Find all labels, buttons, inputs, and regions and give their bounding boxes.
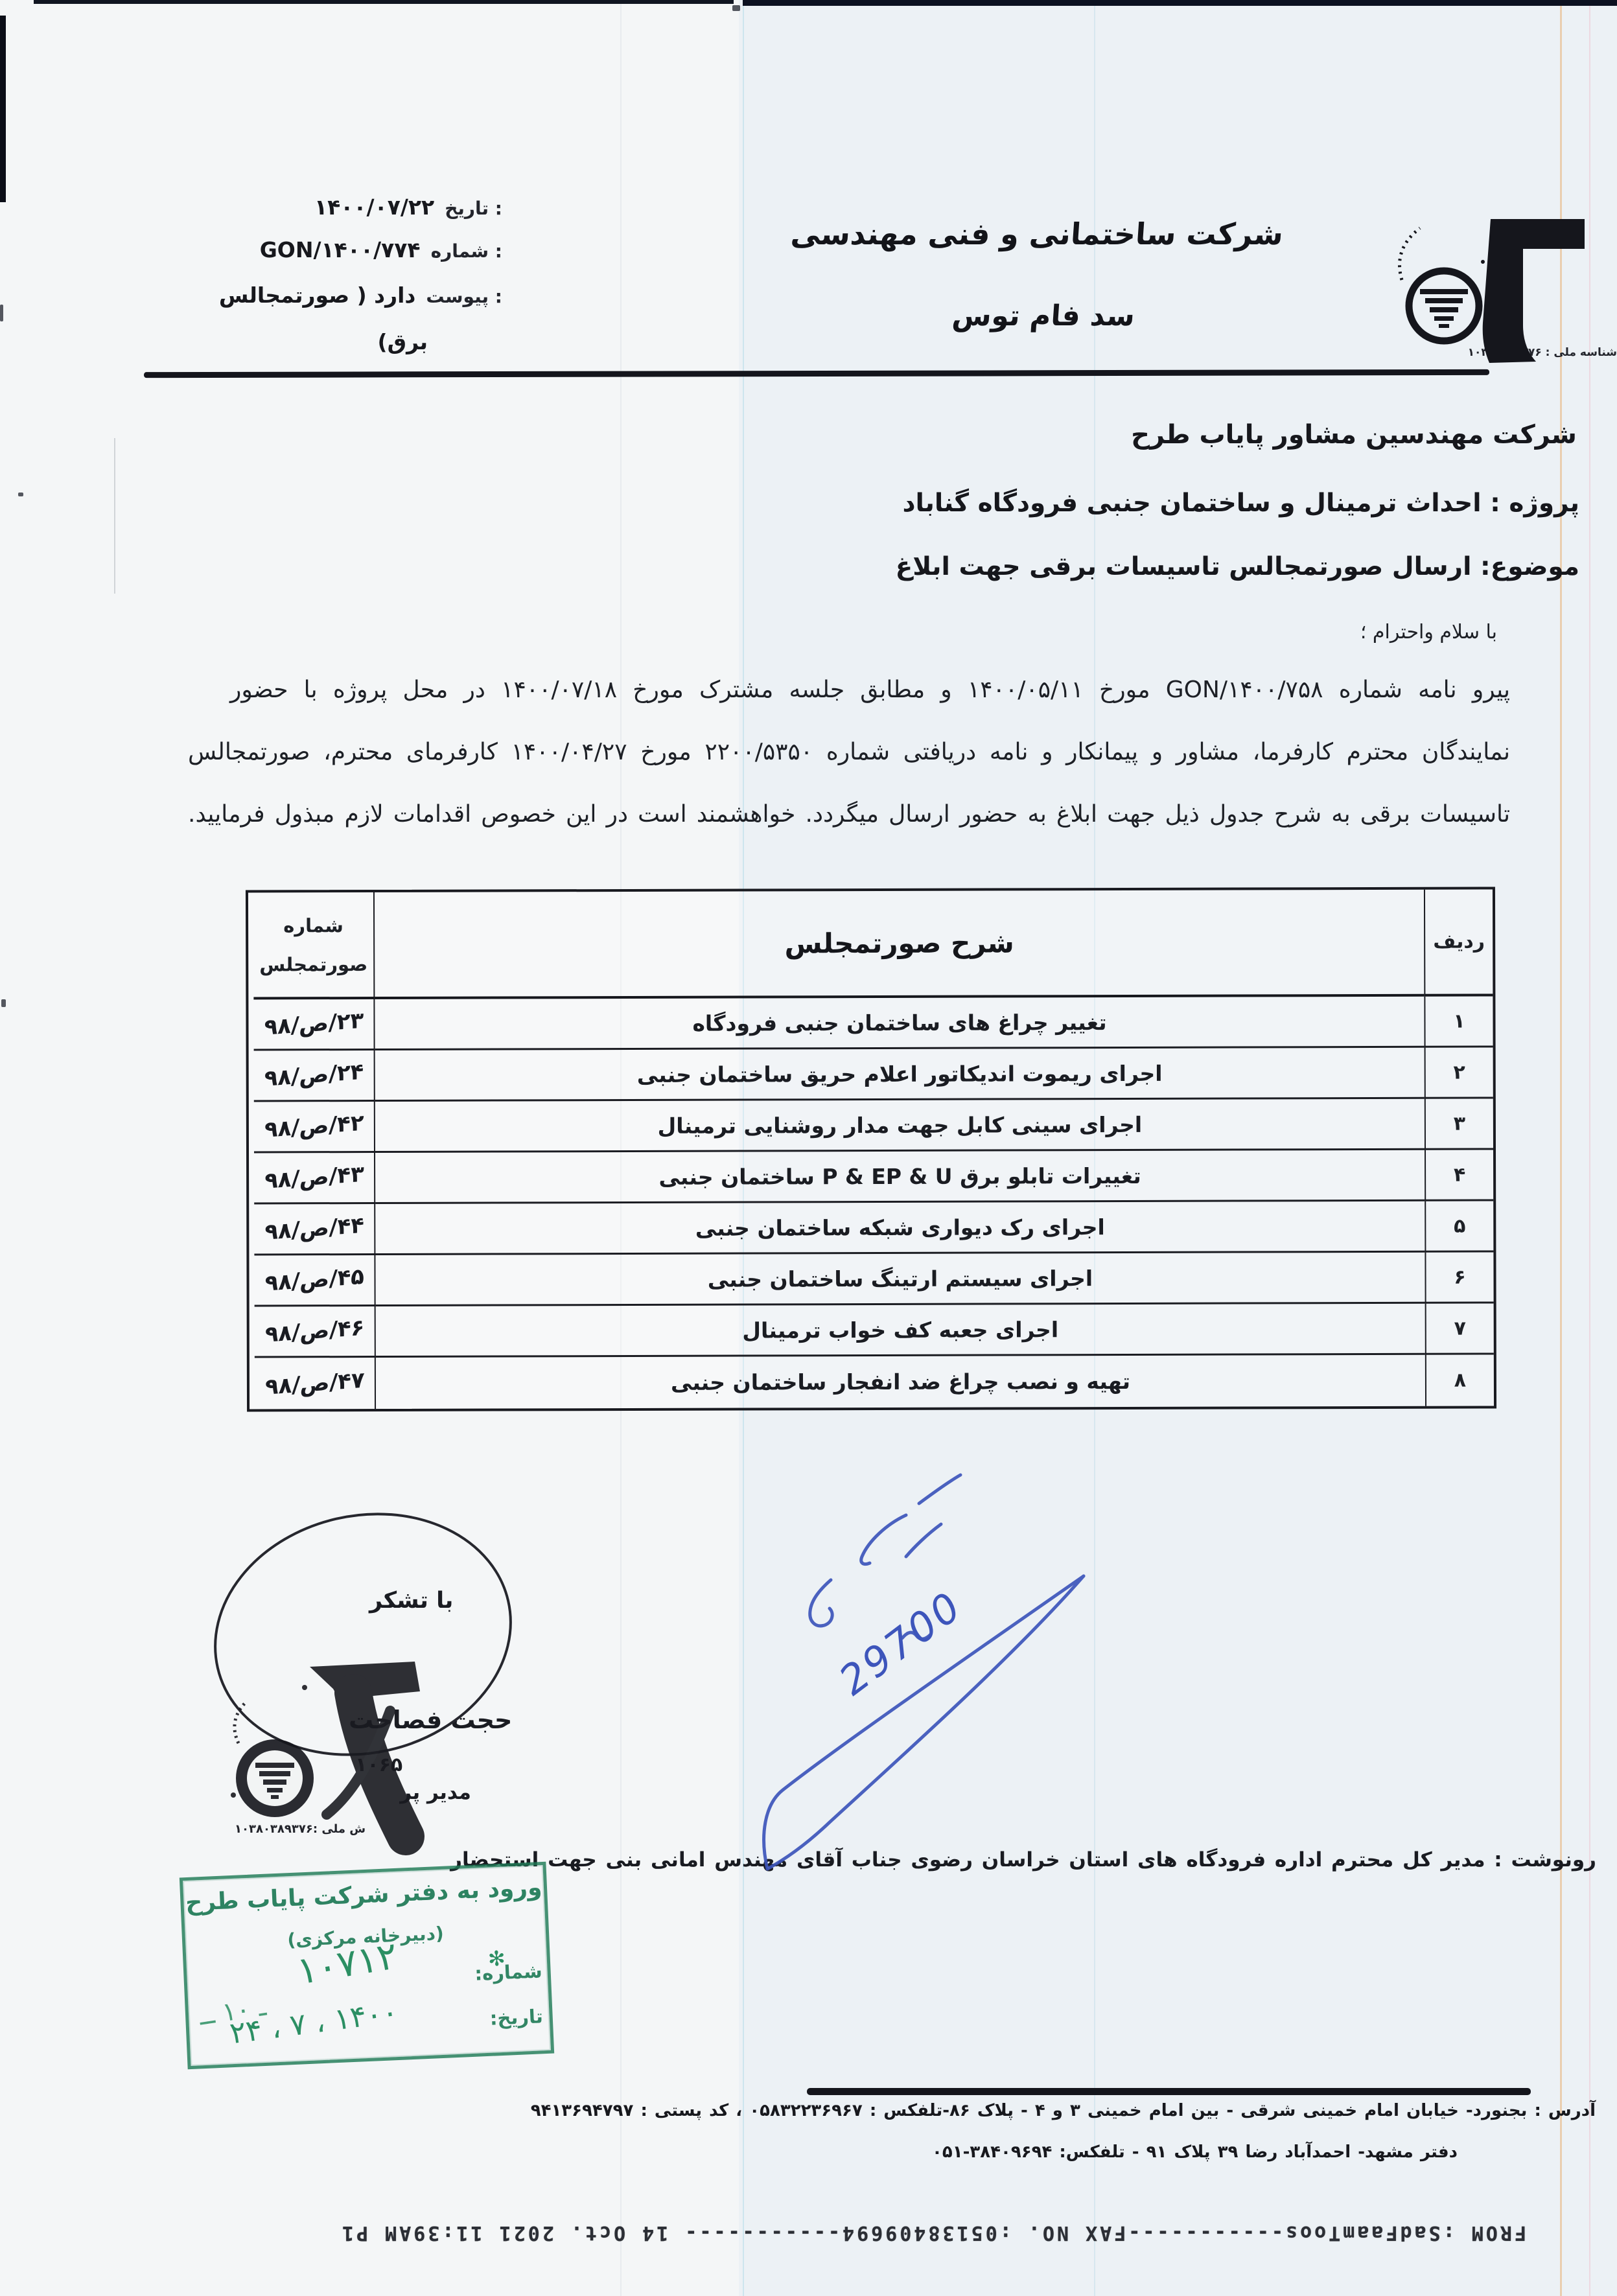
table-row-no: ۶ xyxy=(1425,1252,1493,1303)
scan-line-artifact xyxy=(1589,0,1590,2296)
company-national-id: شناسه ملی : ۱۰۳۸۰۳۸۹۳۷۶ xyxy=(1461,346,1617,359)
minutes-table: ردیف شرح صورتمجلس شماره صورتمجلس ۱ تغییر… xyxy=(246,887,1496,1411)
scanned-fax-letter: تاریخ : ۱۴۰۰/۰۷/۲۲ شماره : GON/۱۴۰۰/۷۷۴ … xyxy=(0,0,1617,2296)
col-header-row-no: ردیف xyxy=(1424,889,1493,996)
body-line-2: نمایندگان محترم کارفرما، مشاور و پیمانکا… xyxy=(188,739,1510,765)
attachment-label: پیوست : xyxy=(426,286,502,307)
recipient-line: شرکت مهندسین مشاور پایاب طرح xyxy=(1131,420,1577,450)
letterhead-divider xyxy=(144,369,1489,378)
col-header-number: شماره صورتمجلس xyxy=(253,892,375,999)
footer-address-2: دفتر مشهد- احمدآباد رضا ۳۹ پلاک ۹۱ - تلف… xyxy=(932,2142,1458,2162)
company-name-line1: شرکت ساختمانی و فنی مهندسی xyxy=(841,216,1285,251)
scan-speck xyxy=(18,493,23,496)
fax-header-line: FROM :SadFaamToos-----------FAX NO. :051… xyxy=(207,2221,1526,2244)
minutes-number: ۲۳/ص/۹۸ xyxy=(264,1008,364,1041)
body-line-1: پیرو نامه شماره ‪GON/۱۴۰۰/۷۵۸‬ مورخ ۱۴۰۰… xyxy=(230,677,1510,703)
subject-line: موضوع: ارسال صورتمجالس تاسیسات برقی جهت … xyxy=(896,552,1579,581)
entry-stamp-check-mark: ✻ xyxy=(487,1946,506,1971)
number-label: شماره : xyxy=(431,240,502,262)
number-value: GON/۱۴۰۰/۷۷۴ xyxy=(260,237,421,262)
table-row-no: ۳ xyxy=(1425,1098,1493,1150)
table-row-no: ۲ xyxy=(1425,1047,1493,1098)
col-header-number-line2: صورتمجلس xyxy=(259,953,367,975)
scan-edge-top xyxy=(743,0,1617,6)
footer-divider xyxy=(807,2088,1531,2095)
company-stamp-ink xyxy=(231,1662,420,1837)
table-row-desc: اجرای رک دیواری شبکه ساختمان جنبی xyxy=(375,1201,1425,1255)
table-row-desc: اجرای سیستم ارتینگ ساختمان جنبی xyxy=(375,1253,1425,1306)
scan-edge-top xyxy=(34,0,734,4)
table-row-number: ۲۳/ص/۹۸ xyxy=(253,999,375,1050)
body-line-3: تاسیسات برقی به شرح جدول ذیل جهت ابلاغ ب… xyxy=(188,801,1510,828)
date-value: ۱۴۰۰/۰۷/۲۲ xyxy=(314,194,434,220)
minutes-number: ۴۵/ص/۹۸ xyxy=(264,1264,365,1297)
table-row-number: ۴۶/ص/۹۸ xyxy=(255,1306,376,1358)
signer-stamp-national-id: ش ملی :۱۰۳۸۰۳۸۹۳۷۶ xyxy=(235,1822,366,1836)
table-row-desc: تغییر چراغ های ساختمان جنبی فرودگاه xyxy=(375,997,1424,1050)
scan-edge-left xyxy=(0,16,6,202)
company-name-line2: سد فام توس xyxy=(841,299,1246,332)
date-label: تاریخ : xyxy=(445,198,502,219)
table-row-number: ۴۷/ص/۹۸ xyxy=(255,1358,376,1409)
minutes-number: ۴۲/ص/۹۸ xyxy=(264,1110,364,1143)
table-row-desc: اجرای سینی کابل جهت مدار روشنایی ترمینال xyxy=(375,1099,1425,1153)
table-row-number: ۲۴/ص/۹۸ xyxy=(254,1050,375,1102)
salutation: با سلام واحترام ؛ xyxy=(1360,621,1497,644)
minutes-number: ۴۴/ص/۹۸ xyxy=(264,1212,365,1246)
table-row-desc: اجرای جعبه کف خواب ترمینال xyxy=(376,1304,1425,1358)
minutes-number: ۴۶/ص/۹۸ xyxy=(264,1315,365,1348)
signer-title: مدیر پروژه xyxy=(399,1781,471,1804)
project-line: پروژه : احداث ترمینال و ساختمان جنبی فرو… xyxy=(903,489,1579,518)
company-logo xyxy=(1400,219,1585,363)
table-row-number: ۴۵/ص/۹۸ xyxy=(254,1255,375,1306)
col-header-number-line1: شماره xyxy=(283,914,343,936)
entry-stamp-date-label: تاریخ: xyxy=(489,2005,543,2030)
table-row-number: ۴۲/ص/۹۸ xyxy=(254,1102,375,1153)
entry-stamp-number-label: شماره: xyxy=(474,1960,543,1985)
table-row-no: ۷ xyxy=(1425,1303,1494,1354)
entry-stamp: ورود به دفتر شرکت پایاب طرح (دبیرخانه مر… xyxy=(180,1862,554,2069)
field-date: تاریخ : ۱۴۰۰/۰۷/۲۲ xyxy=(314,194,502,220)
copy-note: رونوشت : مدیر کل محترم اداره فرودگاه های… xyxy=(450,1848,1596,1872)
table-row-desc: تغییرات تابلو برق P & EP & U ساختمان جنب… xyxy=(375,1150,1425,1204)
table-row-no: ۴ xyxy=(1425,1150,1493,1201)
scan-fold-line xyxy=(114,438,115,594)
signer-name: حجت فصاحت xyxy=(349,1706,512,1734)
table-row-number: ۴۳/ص/۹۸ xyxy=(254,1153,375,1204)
blue-ink-annotations xyxy=(764,1475,1084,1869)
attachment-value-2: برق) xyxy=(377,329,428,354)
table-row-number: ۴۴/ص/۹۸ xyxy=(254,1204,375,1255)
signer-member-no: ۱۰۶۵ xyxy=(355,1754,402,1776)
table-row-no: ۵ xyxy=(1425,1201,1493,1252)
closing-thanks: با تشکر xyxy=(369,1588,453,1614)
table-row-no: ۸ xyxy=(1425,1354,1494,1406)
entry-stamp-title: ورود به دفتر شرکت پایاب طرح xyxy=(183,1874,544,1916)
field-number: شماره : GON/۱۴۰۰/۷۷۴ xyxy=(260,237,502,262)
attachment-value: دارد ( صورتمجالس xyxy=(219,283,416,308)
minutes-number: ۲۴/ص/۹۸ xyxy=(264,1059,364,1092)
footer-address-1: آدرس : بجنورد- خیابان امام خمینی شرقی - … xyxy=(531,2101,1596,2120)
table-row-desc: تهیه و نصب چراغ ضد انفجار ساختمان جنبی xyxy=(376,1355,1425,1409)
minutes-number: ۴۳/ص/۹۸ xyxy=(264,1161,364,1194)
table-row-desc: اجرای ریموت اندیکاتور اعلام حریق ساختمان… xyxy=(375,1048,1425,1102)
col-header-description: شرح صورتمجلس xyxy=(375,890,1424,999)
minutes-number: ۴۷/ص/۹۸ xyxy=(264,1367,365,1400)
scan-speck xyxy=(0,305,3,321)
table-row-no: ۱ xyxy=(1424,996,1493,1047)
field-attachment: پیوست : دارد ( صورتمجالس xyxy=(219,283,502,308)
blue-ink-number: 29700 xyxy=(830,1582,971,1704)
scan-line-artifact xyxy=(1560,0,1562,2296)
scan-speck xyxy=(1,999,6,1007)
scan-speck xyxy=(732,5,740,11)
signature-oval xyxy=(191,1485,535,1783)
